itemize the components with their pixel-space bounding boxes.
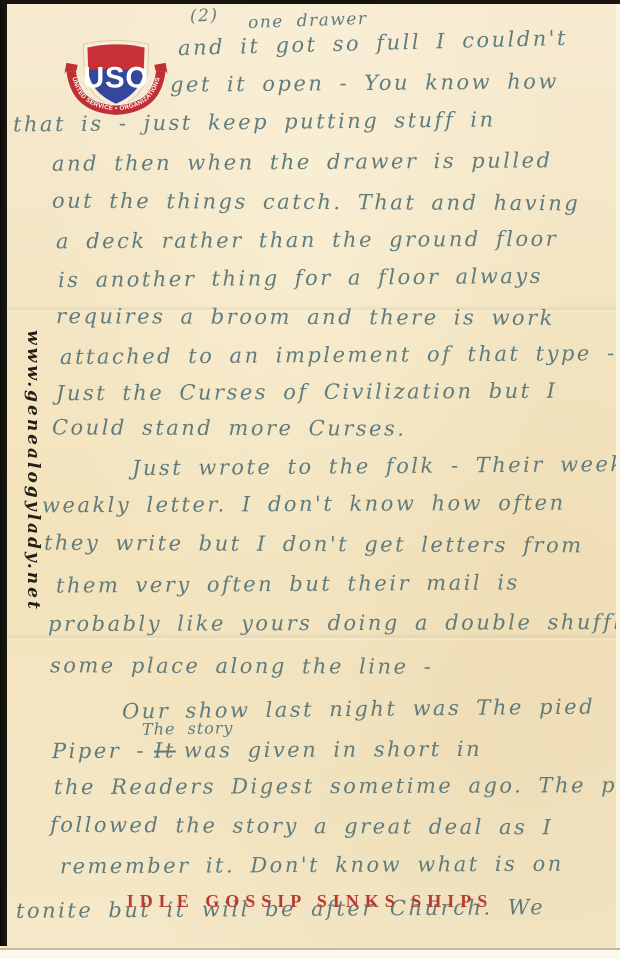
handwritten-line: remember it. Don't know what is on (60, 852, 564, 879)
uso-logo: USO UNITED SERVICE • ORGANIZATIONS (63, 35, 169, 117)
handwritten-line: Could stand more Curses. (52, 415, 407, 440)
handwritten-line: is another thing for a floor always (58, 264, 543, 292)
handwritten-line: out the things catch. That and having (52, 189, 580, 216)
scan-edge-right (616, 4, 620, 948)
scan-edge-top (0, 0, 620, 4)
handwritten-line: followed the story a great deal as I (50, 813, 553, 840)
handwritten-line: that is - just keep putting stuff in (13, 107, 496, 136)
piper-post: was given in short in (184, 737, 482, 763)
handwritten-line: Piper -Itwas given in short in (52, 737, 482, 763)
handwritten-line: requires a broom and there is work (56, 304, 555, 330)
paper-bottom-edge (0, 948, 620, 959)
scan-edge-left (0, 0, 7, 946)
handwritten-line: attached to an implement of that type - (60, 341, 617, 369)
handwritten-line: get it open - You know how (170, 69, 559, 96)
handwritten-line: the Readers Digest sometime ago. The pic… (54, 773, 620, 799)
watermark-text: www.genealogylady.net (23, 330, 43, 612)
handwritten-line: some place along the line - (50, 653, 433, 678)
inserted-word: The story (142, 718, 234, 739)
struck-word: It (154, 738, 176, 762)
handwritten-line: one drawer (248, 9, 368, 33)
handwritten-line: they write but I don't get letters from (44, 531, 584, 558)
page-number: (2) (190, 6, 219, 27)
handwritten-line: weakly letter. I don't know how often (42, 491, 566, 518)
handwritten-line: and then when the drawer is pulled (52, 148, 553, 175)
scanned-letter-page: USO UNITED SERVICE • ORGANIZATIONS www.g… (0, 0, 620, 959)
slogan-text: IDLE GOSSIP SINKS SHIPS (0, 891, 620, 912)
piper-pre: Piper - (52, 739, 146, 763)
handwritten-line: probably like yours doing a double shuff… (48, 610, 620, 636)
handwritten-line: Just the Curses of Civilization but I (56, 379, 558, 406)
uso-acronym: USO (83, 61, 149, 94)
handwritten-line: them very often but their mail is (56, 570, 520, 597)
handwritten-line: Just wrote to the folk - Their weekly (132, 452, 620, 481)
handwritten-line: a deck rather than the ground floor (56, 227, 558, 254)
